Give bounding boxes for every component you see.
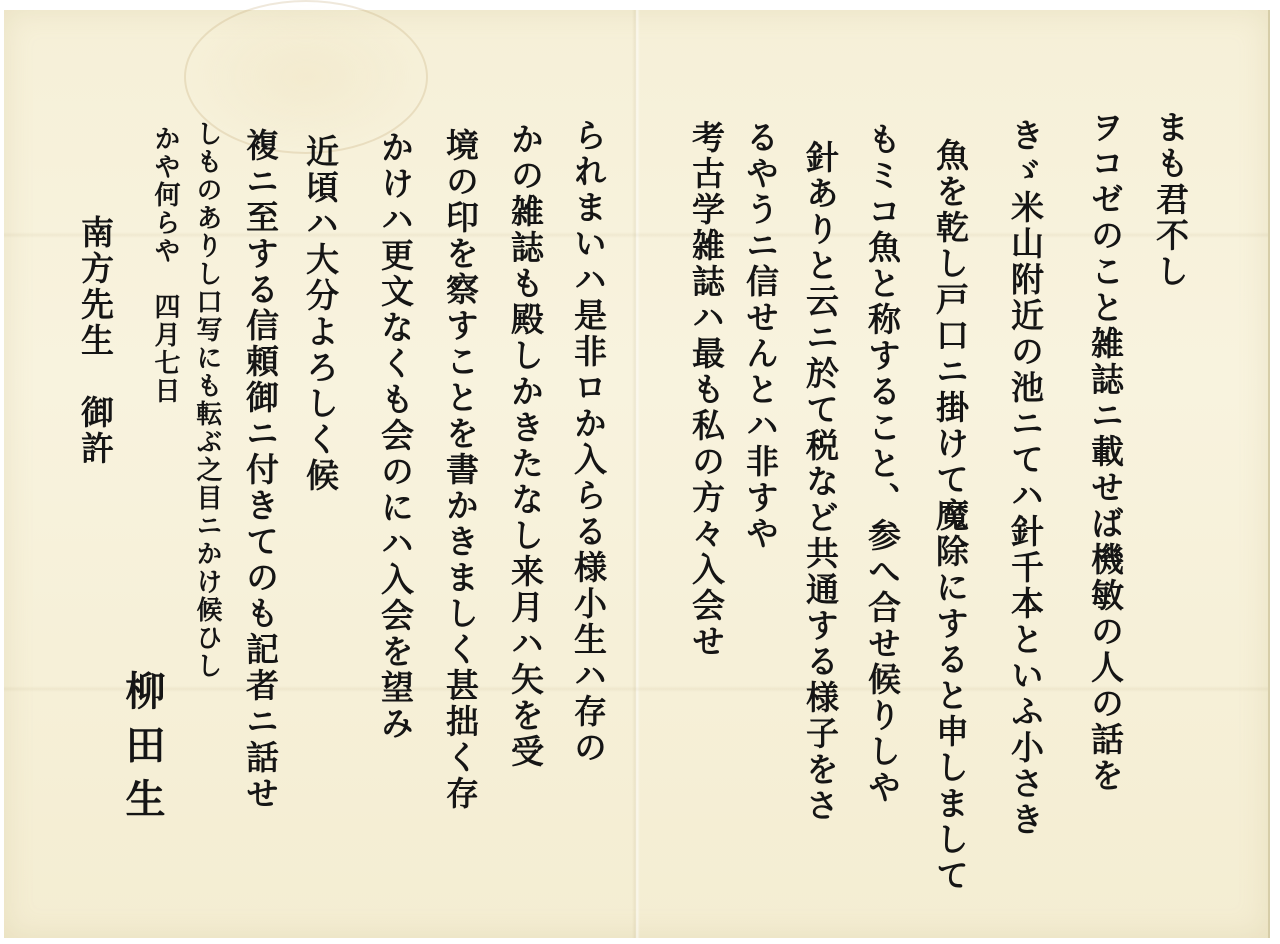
letter-column: かや何らや 四月七日 (152, 125, 178, 405)
letter-column: 境の印を察すことを書かきましく甚拙く存 (444, 128, 477, 812)
signature: 柳田生 (122, 670, 162, 832)
letter-column: られまいハ是非ロか入らる様小生ハ存の (572, 118, 605, 766)
letter-column: きゞ米山附近の池ニてハ針千本といふ小さき (1009, 118, 1042, 838)
letter-column: かの雑誌も殿しかきたなし来月ハ矢を受 (509, 122, 542, 770)
letter-column: もミコ魚と称すること、参へ合せ候りしや (866, 122, 899, 806)
letter-column: かけハ更文なくも会のにハ入会を望み (379, 130, 412, 742)
letter-column: まも君不し (1154, 110, 1187, 290)
letter-column: 近頃ハ大分よろしく候 (304, 134, 337, 494)
letter-column: るやうニ信せんとハ非すや (744, 120, 777, 552)
letter-column: 魚を乾し戸口ニ掛けて魔除にすると申しまして (934, 138, 967, 894)
letter-column: 複ニ至する信頼御ニ付きてのも記者ニ話せ (244, 128, 277, 812)
letter-column: ヲコゼのこと雑誌ニ載せば機敏の人の話を (1089, 110, 1122, 794)
letter-paper: まも君不し ヲコゼのこと雑誌ニ載せば機敏の人の話を きゞ米山附近の池ニてハ針千本… (4, 10, 1270, 938)
addressee: 南方先生 御許 (79, 215, 112, 467)
horizontal-fold-line (4, 686, 1268, 692)
letter-column: 考古学雑誌ハ最も私の方々入会せ (690, 120, 723, 660)
letter-column: しものありし口写にも転ぶ之目ニかけ候ひし (194, 120, 220, 680)
letter-column: 針ありと云ニ於て税など共通する様子をさ (804, 140, 837, 824)
vertical-fold-line (632, 10, 640, 938)
